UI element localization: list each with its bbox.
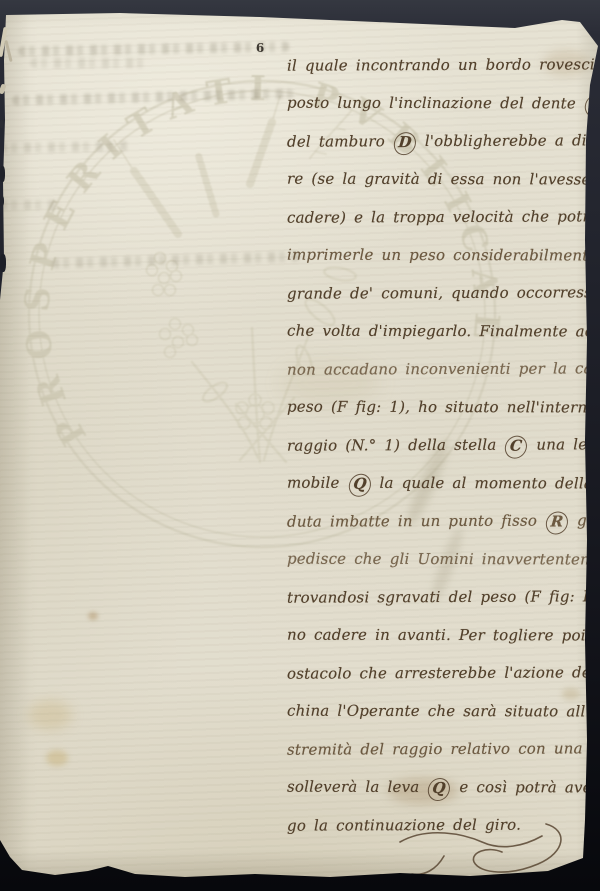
manuscript-line: grande de' comuni, quando occorresse qua… (287, 273, 589, 312)
manuscript-line: raggio (N.° 1) della stella C una leva (287, 425, 589, 464)
manuscript-line: posto lungo l'inclinazione del dente H (287, 84, 589, 123)
manuscript-line: imprimerle un peso considerabilmente più (287, 236, 589, 275)
page-edge-nick (0, 120, 3, 128)
manuscript-line: il quale incontrando un bordo rovesciato… (287, 45, 589, 84)
manuscript-line: cadere) e la troppa velocità che potrebb… (287, 197, 589, 236)
pen-flourish (398, 818, 598, 886)
manuscript-line: ostacolo che arresterebbe l'azione della… (287, 653, 589, 692)
manuscript-line: china l'Operante che sarà situato all'e= (287, 692, 589, 731)
page-edge-nick (0, 196, 4, 206)
manuscript-page: PROSPERITATI PVBLICAE (0, 0, 600, 891)
photo-backdrop: PROSPERITATI PVBLICAE (0, 0, 600, 891)
manuscript-line: solleverà la leva Q e così potrà aver lu… (287, 768, 589, 807)
circled-letter: D (393, 132, 417, 155)
page-edge-nick (0, 166, 5, 182)
circled-letter: R (545, 511, 569, 534)
stain (88, 612, 98, 620)
manuscript-line: peso (F fig: 1), ho situato nell'interno… (287, 388, 589, 427)
manuscript-line: che volta d'impiegarlo. Finalmente acciò (287, 312, 589, 351)
circled-letter: C (504, 436, 528, 459)
manuscript-line: del tamburo D l'obbligherebbe a discende… (287, 121, 589, 160)
manuscript-line: stremità del raggio relativo con una man… (287, 729, 589, 768)
manuscript-line: non accadano inconvenienti per la caduta… (287, 349, 589, 388)
page-number: 6 (250, 41, 270, 55)
circled-letter: H (584, 94, 600, 117)
manuscript-line: re (se la gravità di essa non l'avesse f… (287, 160, 589, 199)
stain (28, 700, 72, 730)
manuscript-text-block: il quale incontrando un bordo rovesciato… (287, 46, 589, 844)
manuscript-line: duta imbatte in un punto fisso R g'im= (287, 501, 589, 540)
circled-letter: Q (347, 474, 371, 497)
page-edge-nick (0, 254, 6, 272)
manuscript-line: mobile Q la quale al momento della ca= (287, 464, 589, 503)
manuscript-line: pedisce che gli Uomini inavvertentemente (287, 540, 589, 579)
stain (46, 750, 68, 766)
manuscript-line: trovandosi sgravati del peso (F fig: I) … (287, 577, 589, 616)
circled-letter: Q (427, 778, 451, 801)
manuscript-line: no cadere in avanti. Per togliere poi qu… (287, 616, 589, 655)
